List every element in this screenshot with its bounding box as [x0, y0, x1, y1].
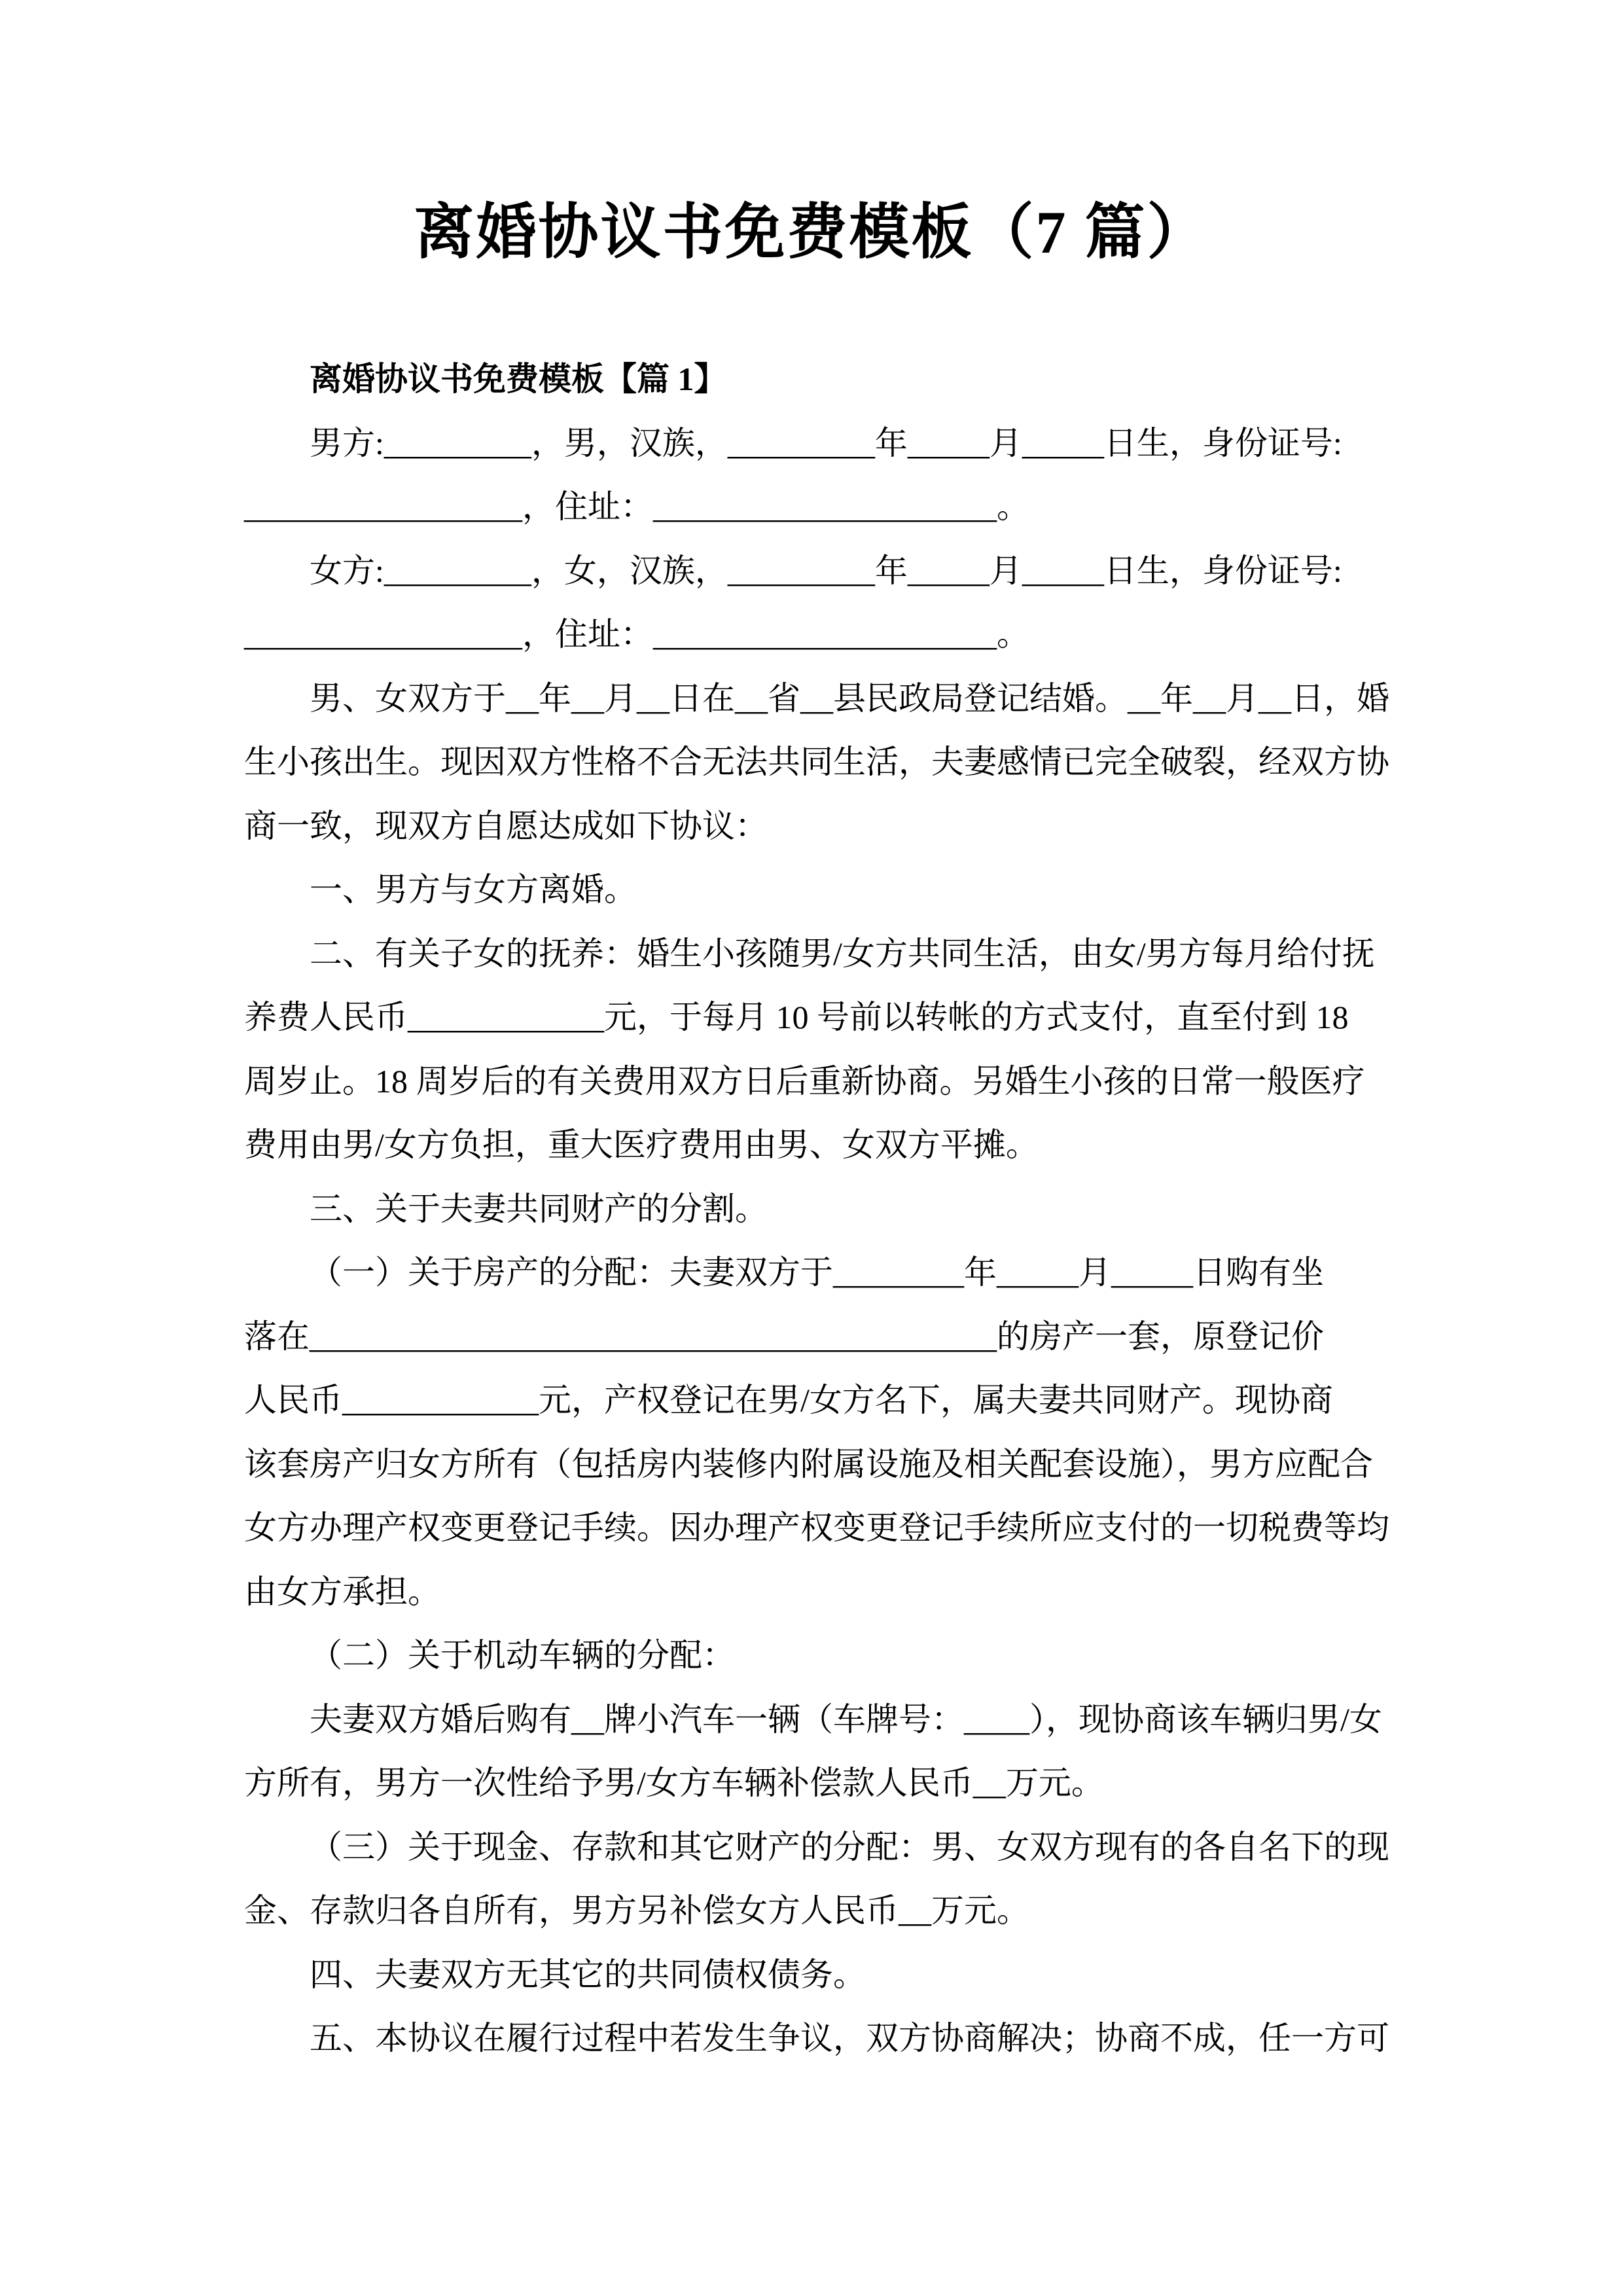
document-line: 三、关于夫妻共同财产的分割。	[244, 1177, 1406, 1242]
document-line: 生小孩出生。现因双方性格不合无法共同生活，夫妻感情已完全破裂，经双方协	[244, 730, 1406, 795]
document-line: 女方:_________，女，汉族，_________年_____月_____日…	[244, 539, 1406, 603]
document-title: 离婚协议书免费模板（7 篇）	[0, 193, 1623, 272]
document-line: 离婚协议书免费模板【篇 1】	[244, 348, 1406, 412]
document-line: 商一致，现双方自愿达成如下协议：	[244, 795, 1406, 859]
document-line: 方所有，男方一次性给予男/女方车辆补偿款人民币__万元。	[244, 1751, 1406, 1816]
document-line: 养费人民币____________元，于每月 10 号前以转帐的方式支付，直至付…	[244, 986, 1406, 1050]
document-line: 费用由男/女方负担，重大医疗费用由男、女双方平摊。	[244, 1113, 1406, 1177]
document-line: 周岁止。18 周岁后的有关费用双方日后重新协商。另婚生小孩的日常一般医疗	[244, 1050, 1406, 1114]
document-line: _________________，住址：___________________…	[244, 603, 1406, 667]
document-line: 四、夫妻双方无其它的共同债权债务。	[244, 1943, 1406, 2007]
document-line: （二）关于机动车辆的分配：	[244, 1624, 1406, 1688]
document-page: 离婚协议书免费模板（7 篇） 离婚协议书免费模板【篇 1】男方:________…	[0, 0, 1623, 2296]
document-line: 金、存款归各自所有，男方另补偿女方人民币__万元。	[244, 1879, 1406, 1943]
document-line: 男方:_________，男，汉族，_________年_____月_____日…	[244, 412, 1406, 476]
document-line: 女方办理产权变更登记手续。因办理产权变更登记手续所应支付的一切税费等均	[244, 1496, 1406, 1560]
document-line: 人民币____________元，产权登记在男/女方名下，属夫妻共同财产。现协商	[244, 1369, 1406, 1433]
document-line: （一）关于房产的分配：夫妻双方于________年_____月_____日购有坐	[244, 1241, 1406, 1305]
document-line: （三）关于现金、存款和其它财产的分配：男、女双方现有的各自名下的现	[244, 1816, 1406, 1880]
document-line: 五、本协议在履行过程中若发生争议，双方协商解决；协商不成，任一方可	[244, 2007, 1406, 2071]
document-body: 离婚协议书免费模板【篇 1】男方:_________，男，汉族，________…	[244, 348, 1406, 2071]
document-line: 由女方承担。	[244, 1560, 1406, 1624]
document-line: 男、女双方于__年__月__日在__省__县民政局登记结婚。__年__月__日，…	[244, 667, 1406, 731]
document-line: 一、男方与女方离婚。	[244, 858, 1406, 922]
document-line: 该套房产归女方所有（包括房内装修内附属设施及相关配套设施），男方应配合	[244, 1433, 1406, 1497]
document-line: 夫妻双方婚后购有__牌小汽车一辆（车牌号：____），现协商该车辆归男/女	[244, 1688, 1406, 1752]
document-line: 落在______________________________________…	[244, 1305, 1406, 1369]
document-line: 二、有关子女的抚养：婚生小孩随男/女方共同生活，由女/男方每月给付抚	[244, 922, 1406, 986]
document-line: _________________，住址：___________________…	[244, 475, 1406, 539]
